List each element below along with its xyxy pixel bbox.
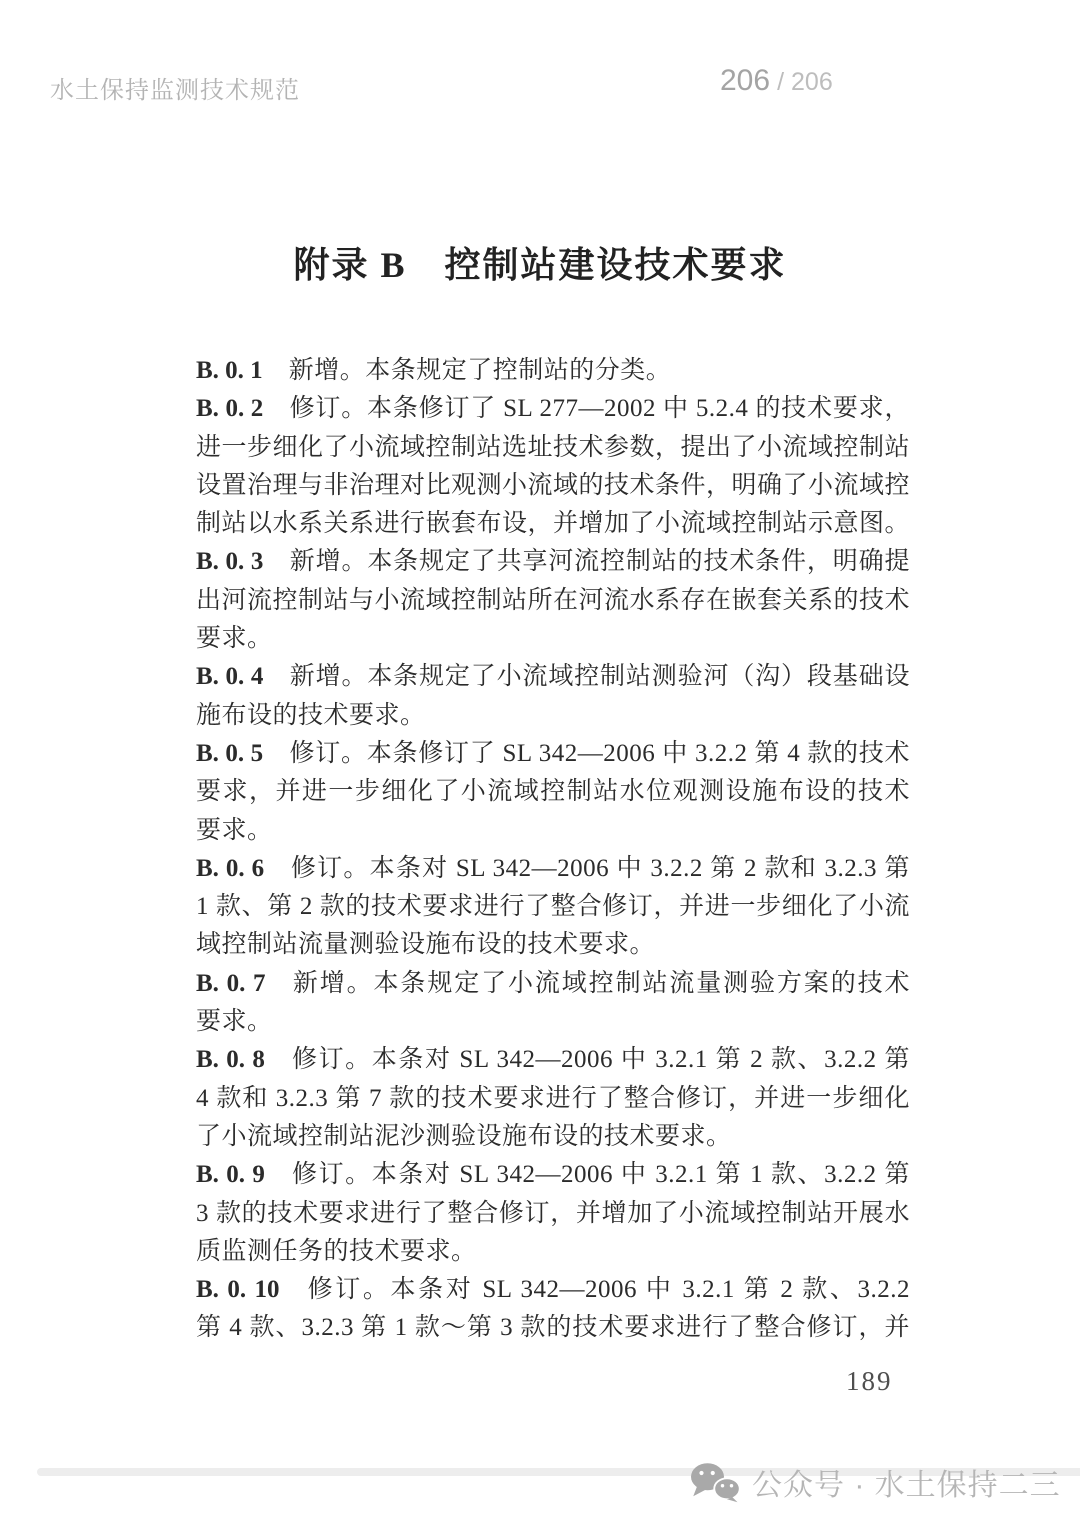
- clause-label: B. 0. 10: [196, 1276, 279, 1303]
- clause-line: 要求，并进一步细化了小流域控制站水位观测设施布设的技术: [196, 773, 910, 811]
- reader-header: 水土保持监测技术规范 206 / 206: [0, 0, 1080, 120]
- clause-line: 要求。: [196, 1003, 910, 1041]
- clause-label: B. 0. 7: [196, 970, 265, 997]
- clause-line: 第 4 款、3.2.3 第 1 款～第 3 款的技术要求进行了整合修订，并: [196, 1309, 910, 1347]
- clause-line: 域控制站流量测验设施布设的技术要求。: [196, 926, 910, 964]
- watermark-text: 公众号 · 水土保持二三: [752, 1460, 1061, 1504]
- page-current: 206: [720, 64, 770, 98]
- clause-line: 要求。: [196, 620, 910, 658]
- clause-line: B. 0. 8修订。本条对 SL 342—2006 中 3.2.1 第 2 款、…: [196, 1041, 910, 1079]
- clause-label: B. 0. 5: [196, 740, 263, 767]
- clause-line: B. 0. 9修订。本条对 SL 342—2006 中 3.2.1 第 1 款、…: [196, 1156, 910, 1194]
- clause-line: B. 0. 7新增。本条规定了小流域控制站流量测验方案的技术: [196, 965, 910, 1003]
- clause-label: B. 0. 8: [196, 1046, 265, 1073]
- page-title: 附录 B 控制站建设技术要求: [170, 243, 910, 287]
- clause-line: 3 款的技术要求进行了整合修订，并增加了小流域控制站开展水: [196, 1195, 910, 1233]
- clause-label: B. 0. 3: [196, 548, 263, 575]
- watermark: 公众号 · 水土保持二三: [688, 1460, 1061, 1504]
- doc-title: 水土保持监测技术规范: [50, 70, 300, 105]
- clause-line: B. 0. 5修订。本条修订了 SL 342—2006 中 3.2.2 第 4 …: [196, 735, 910, 773]
- clause-line: 了小流域控制站泥沙测验设施布设的技术要求。: [196, 1118, 910, 1156]
- clause-line: 设置治理与非治理对比观测小流域的技术条件，明确了小流域控: [196, 467, 910, 505]
- clause-line: 要求。: [196, 812, 910, 850]
- clause-line: B. 0. 2修订。本条修订了 SL 277—2002 中 5.2.4 的技术要…: [196, 390, 910, 428]
- clause-line: 1 款、第 2 款的技术要求进行了整合修订，并进一步细化了小流: [196, 888, 910, 926]
- clause-line: 制站以水系关系进行嵌套布设，并增加了小流域控制站示意图。: [196, 505, 910, 543]
- clause-line: 质监测任务的技术要求。: [196, 1233, 910, 1271]
- clause-label: B. 0. 4: [196, 663, 263, 690]
- clause-label: B. 0. 2: [196, 395, 263, 422]
- clause-list: B. 0. 1新增。本条规定了控制站的分类。B. 0. 2修订。本条修订了 SL…: [196, 352, 910, 1348]
- page-indicator: 206 / 206: [720, 64, 833, 98]
- clause-label: B. 0. 9: [196, 1161, 265, 1188]
- clause-line: 出河流控制站与小流域控制站所在河流水系存在嵌套关系的技术: [196, 582, 910, 620]
- clause-line: B. 0. 6修订。本条对 SL 342—2006 中 3.2.2 第 2 款和…: [196, 850, 910, 888]
- page-number: 189: [846, 1366, 893, 1397]
- clause-line: 4 款和 3.2.3 第 7 款的技术要求进行了整合修订，并进一步细化: [196, 1080, 910, 1118]
- clause-label: B. 0. 1: [196, 357, 263, 384]
- clause-label: B. 0. 6: [196, 855, 264, 882]
- clause-line: B. 0. 10修订。本条对 SL 342—2006 中 3.2.1 第 2 款…: [196, 1271, 910, 1309]
- clause-line: B. 0. 1新增。本条规定了控制站的分类。: [196, 352, 910, 390]
- clause-line: B. 0. 4新增。本条规定了小流域控制站测验河（沟）段基础设: [196, 658, 910, 696]
- clause-line: 施布设的技术要求。: [196, 697, 910, 735]
- wechat-icon: [688, 1461, 742, 1503]
- clause-line: 进一步细化了小流域控制站选址技术参数，提出了小流域控制站: [196, 429, 910, 467]
- page-total: 206: [791, 68, 833, 97]
- clause-line: B. 0. 3新增。本条规定了共享河流控制站的技术条件，明确提: [196, 543, 910, 581]
- page-separator-slash: /: [777, 68, 784, 97]
